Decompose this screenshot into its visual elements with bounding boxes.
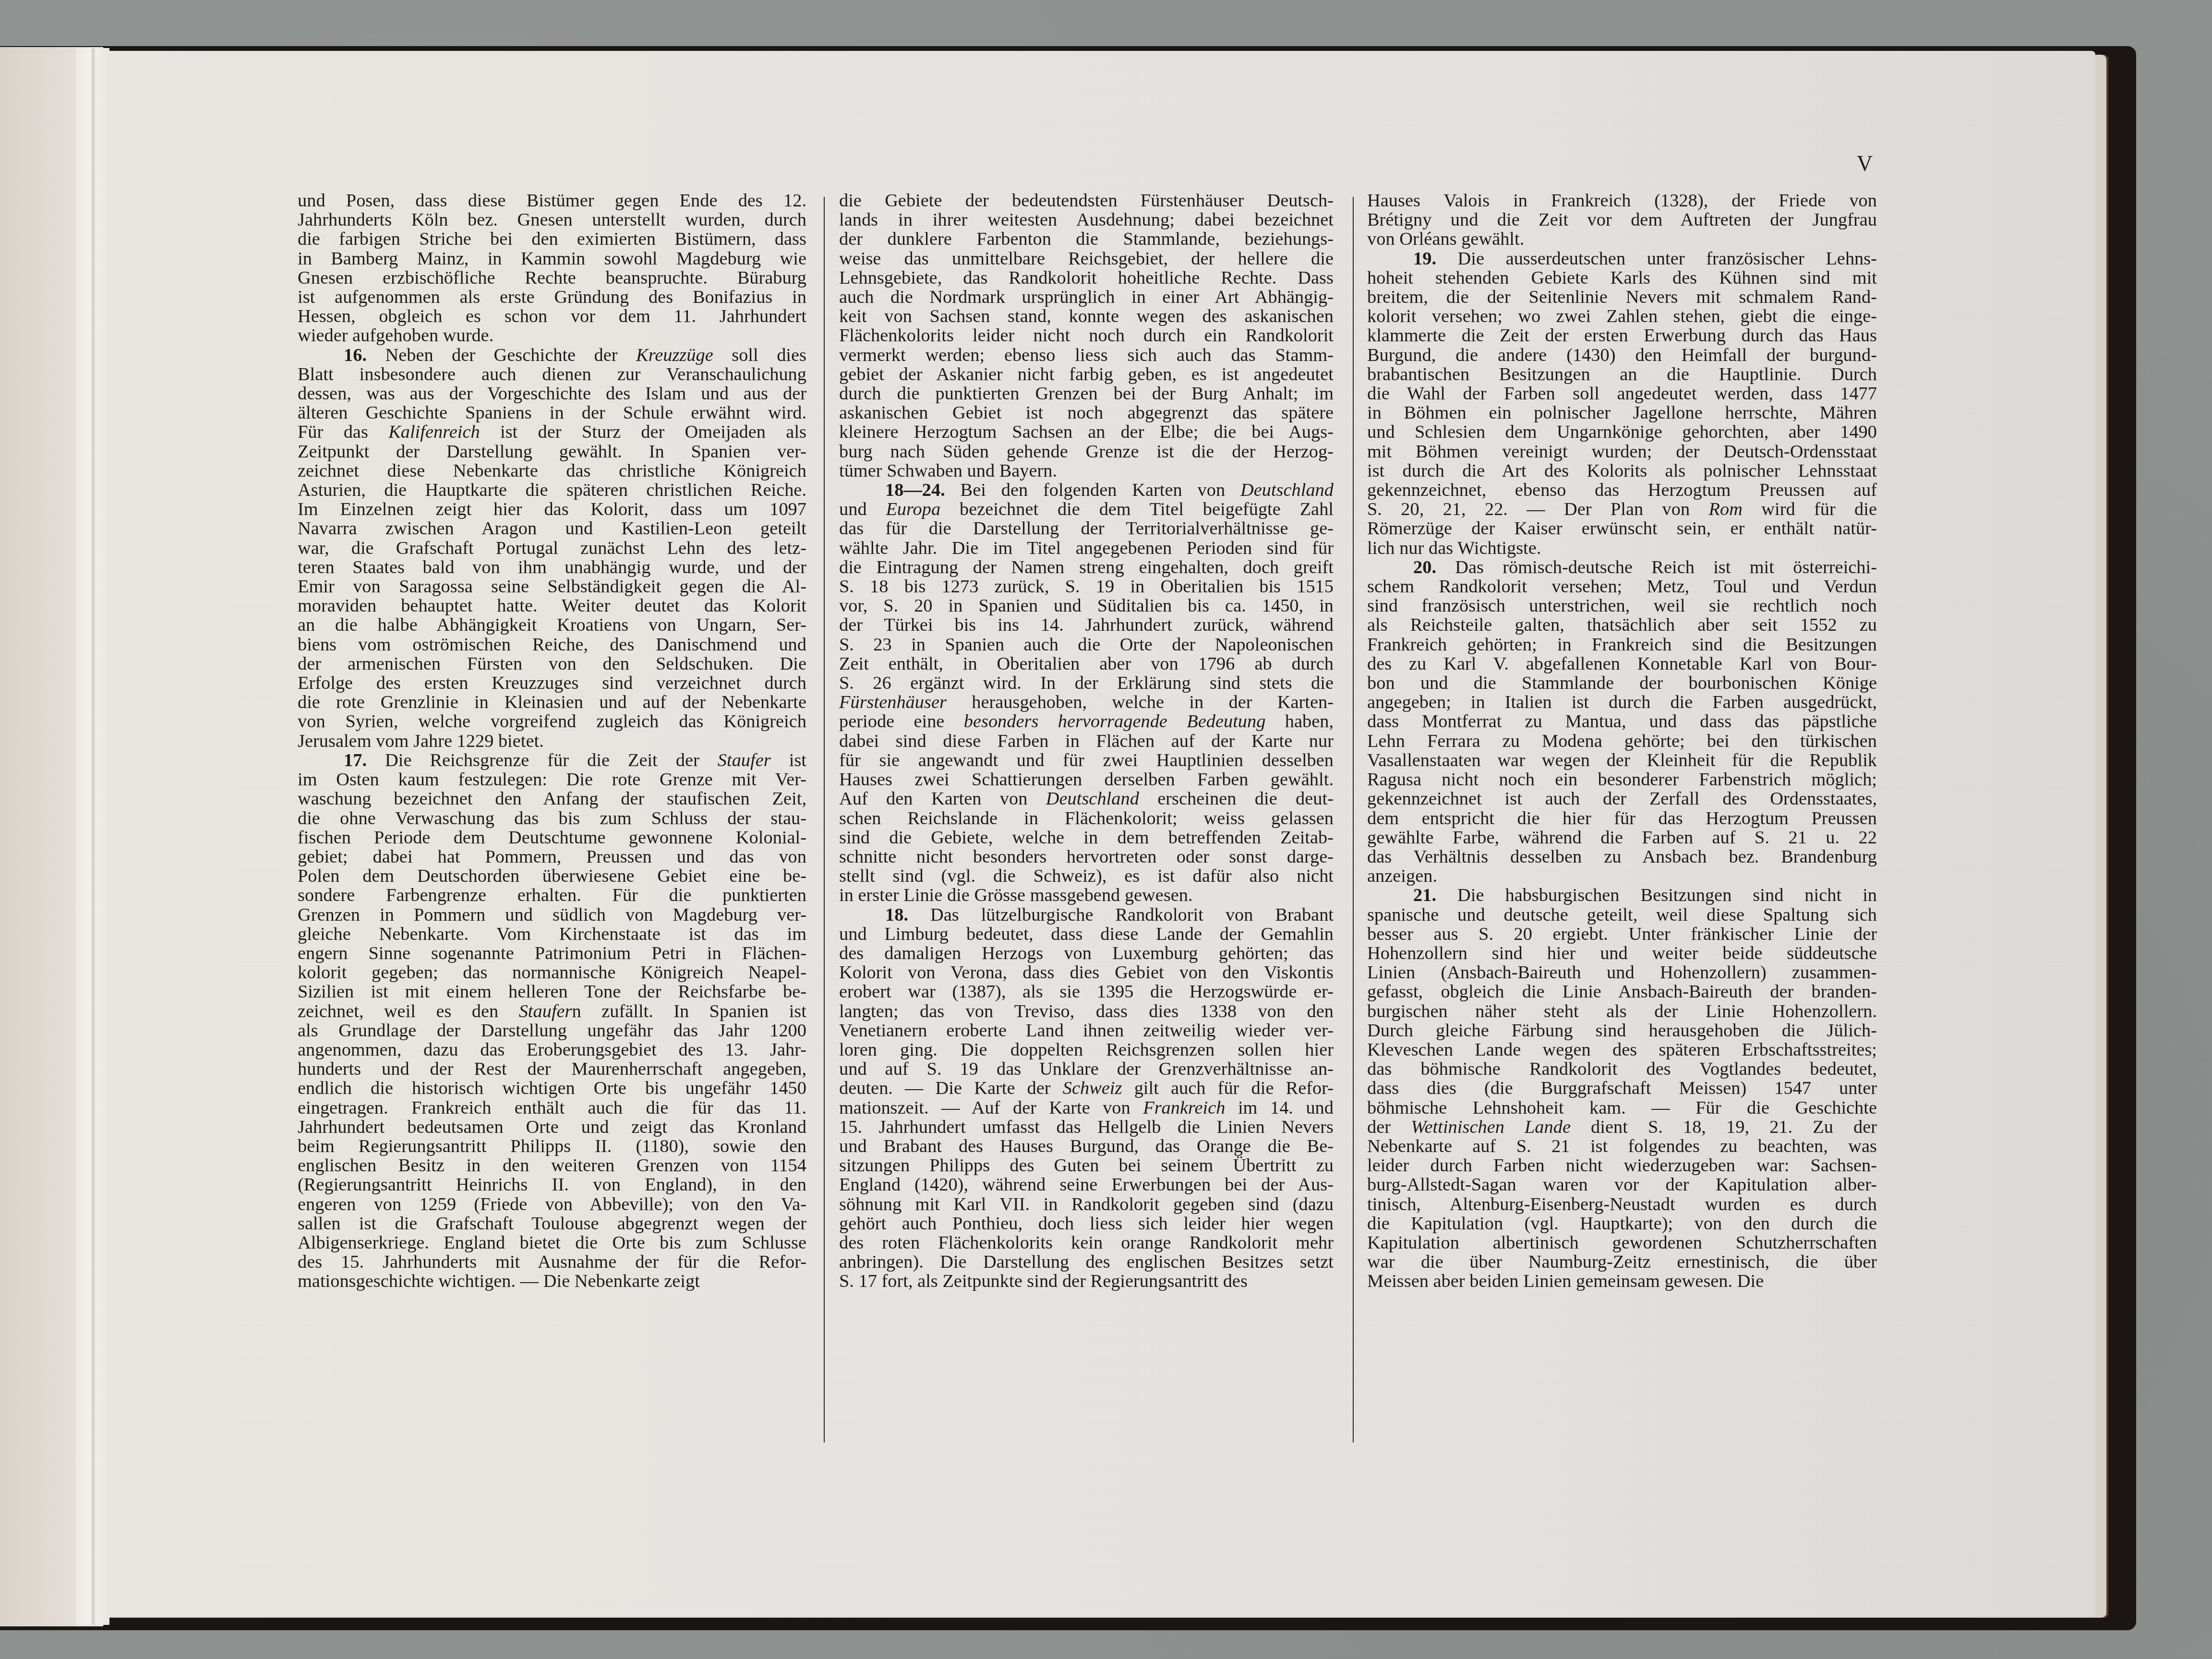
text-line: 16. Neben der Geschichte der Kreuzzüge s… (298, 346, 806, 365)
text-line: und Brabant des Hauses Burgund, das Oran… (839, 1137, 1334, 1156)
text-line: biens vom oströmischen Reiche, des Danis… (298, 635, 806, 654)
text-line: schnitte nicht besonders hervortreten od… (839, 847, 1334, 866)
text-column-right: Hauses Valois in Frankreich (1328), der … (1367, 191, 1877, 1291)
text-line: gefasst, obgleich die Linie Ansbach-Bair… (1367, 982, 1877, 1001)
text-line: dessen, was aus der Vorgeschichte des Is… (298, 384, 806, 403)
text-line: langten; das von Treviso, dass dies 1338… (839, 1002, 1334, 1021)
text-line: sitzungen Philipps des Guten bei seinem … (839, 1156, 1334, 1175)
text-line: stellt sind (vgl. die Schweiz), es ist d… (839, 866, 1334, 886)
column-rule-1 (824, 197, 825, 1443)
text-line: Grenzen in Pommern und südlich von Magde… (298, 905, 806, 925)
text-line: gebiet; dabei hat Pommern, Preussen und … (298, 847, 806, 866)
text-line: das Verhältnis desselben zu Ansbach bez.… (1367, 847, 1877, 866)
text-line: endlich die historisch wichtigen Orte bi… (298, 1079, 806, 1098)
text-line: in Böhmen ein polnischer Jagellone herrs… (1367, 403, 1877, 422)
text-line: Hauses zwei Schattierungen derselben Far… (839, 770, 1334, 789)
text-line: war, die Grafschaft Portugal zunächst Le… (298, 539, 806, 558)
text-line: lich nur das Wichtigste. (1367, 539, 1877, 558)
text-line: dass Montferrat zu Mantua, und dass das … (1367, 712, 1877, 731)
text-line: 18—24. Bei den folgenden Karten von Deut… (839, 481, 1334, 500)
text-line: Lehn Ferrara zu Modena gehörte; bei den … (1367, 732, 1877, 751)
text-line: die Gebiete der bedeutendsten Fürstenhäu… (839, 191, 1334, 210)
text-line: besser aus S. 20 ergiebt. Unter fränkisc… (1367, 925, 1877, 944)
text-line: spanische und deutsche geteilt, weil die… (1367, 905, 1877, 925)
text-line: Polen dem Deutschorden überwiesene Gebie… (298, 866, 806, 886)
text-line: dass dies (die Burggrafschaft Meissen) 1… (1367, 1079, 1877, 1098)
text-line: deuten. — Die Karte der Schweiz gilt auc… (839, 1079, 1334, 1098)
text-line: in erster Linie die Grösse massgebend ge… (839, 886, 1334, 905)
text-line: mationszeit. — Auf der Karte von Frankre… (839, 1098, 1334, 1118)
text-line: weise das unmittelbare Reichsgebiet, der… (839, 249, 1334, 268)
text-line: Blatt insbesondere auch dienen zur Veran… (298, 365, 806, 384)
text-line: gebiet der Askanier nicht farbig geben, … (839, 365, 1334, 384)
text-line: Linien (Ansbach-Baireuth und Hohenzoller… (1367, 963, 1877, 982)
text-line: 15. Jahrhundert umfasst das Hellgelb die… (839, 1118, 1334, 1137)
text-line: und Europa bezeichnet die dem Titel beig… (839, 500, 1334, 519)
text-line: schem Randkolorit versehen; Metz, Toul u… (1367, 577, 1877, 596)
text-line: die farbigen Striche bei den eximierten … (298, 229, 806, 249)
text-line: Zeitpunkt der Darstellung gewählt. In Sp… (298, 442, 806, 461)
text-line: Im Einzelnen zeigt hier das Kolorit, das… (298, 500, 806, 519)
text-line: zeichnet diese Nebenkarte das christlich… (298, 461, 806, 481)
text-line: angenommen, dazu das Eroberungsgebiet de… (298, 1040, 806, 1059)
text-line: waschung bezeichnet den Anfang der stauf… (298, 789, 806, 808)
italic-term: besonders hervorragende Bedeutung (964, 711, 1266, 732)
paragraph-continued: Hauses Valois in Frankreich (1328), der … (1367, 191, 1877, 249)
text-line: wählte Jahr. Die im Titel angegebenen Pe… (839, 539, 1334, 558)
text-line: bon und die Stammlande der bourbonischen… (1367, 673, 1877, 693)
text-line: 17. Die Reichsgrenze für die Zeit der St… (298, 751, 806, 770)
text-line: Burgund, die andere (1430) den Heimfall … (1367, 346, 1877, 365)
text-line: Durch gleiche Färbung sind herausgehoben… (1367, 1021, 1877, 1040)
text-line: Hauses Valois in Frankreich (1328), der … (1367, 191, 1877, 210)
text-line: breitem, die der Seitenlinie Nevers mit … (1367, 288, 1877, 307)
text-line: hoheit stehenden Gebiete Karls des Kühne… (1367, 268, 1877, 288)
italic-term: Deutschland (1240, 480, 1334, 500)
page-number: V (1857, 151, 1873, 176)
text-line: loren ging. Die doppelten Reichsgrenzen … (839, 1040, 1334, 1059)
text-line: hunderts und der Rest der Maurenherrscha… (298, 1059, 806, 1079)
text-line: Asturien, die Hauptkarte die späteren ch… (298, 481, 806, 500)
text-line: in Bamberg Mainz, in Kammin sowohl Magde… (298, 249, 806, 268)
italic-term: Deutschland (1046, 789, 1139, 809)
text-line: und auf S. 19 das Unklare der Grenzverhä… (839, 1059, 1334, 1079)
text-line: gewählte Farbe, während die Farben auf S… (1367, 828, 1877, 847)
text-line: durch die punktierten Grenzen bei der Bu… (839, 384, 1334, 403)
text-line: als Grundlage der Darstellung ungefähr d… (298, 1021, 806, 1040)
text-line: 18. Das lützelburgische Randkolorit von … (839, 905, 1334, 925)
text-line: S. 18 bis 1273 zurück, S. 19 in Oberital… (839, 577, 1334, 596)
text-line: S. 20, 21, 22. — Der Plan von Rom wird f… (1367, 500, 1877, 519)
text-line: Kleveschen Lande wegen des späteren Erbs… (1367, 1040, 1877, 1059)
text-line: die Eintragung der Namen streng eingehal… (839, 558, 1334, 577)
text-column-middle: die Gebiete der bedeutendsten Fürstenhäu… (839, 191, 1334, 1291)
text-line: anzeigen. (1367, 866, 1877, 886)
text-line: Lehnsgebiete, das Randkolorit hoheitlich… (839, 268, 1334, 288)
text-line: die ohne Verwaschung das bis zum Schluss… (298, 809, 806, 828)
text-line: vor, S. 20 in Spanien und Süditalien bis… (839, 596, 1334, 615)
text-line: eingetragen. Frankreich enthält auch die… (298, 1098, 806, 1118)
text-line: des damaligen Herzogs von Luxemburg gehö… (839, 944, 1334, 963)
paragraph-number: 20. (1413, 557, 1436, 577)
text-line: 20. Das römisch-deutsche Reich ist mit ö… (1367, 558, 1877, 577)
text-line: Zeit enthält, in Oberitalien aber von 17… (839, 654, 1334, 673)
text-line: Fürstenhäuser herausgehoben, welche in d… (839, 693, 1334, 712)
text-line: der dunklere Farbenton die Stammlande, b… (839, 229, 1334, 249)
text-line: älteren Geschichte Spaniens in der Schul… (298, 403, 806, 422)
text-line: erobert war (1387), als sie 1395 die Her… (839, 982, 1334, 1001)
text-line: periode eine besonders hervorragende Bed… (839, 712, 1334, 731)
italic-term: Fürstenhäuser (839, 692, 947, 712)
paragraph-18-24: 18—24. Bei den folgenden Karten von Deut… (839, 481, 1334, 905)
text-line: burg-Allstedt-Sagan waren vor der Kapitu… (1367, 1175, 1877, 1194)
text-line: teren Staates bald von ihm unabhängig wu… (298, 558, 806, 577)
text-line: Römerzüge der Kaiser erwünscht sein, er … (1367, 519, 1877, 538)
paragraph-number: 21. (1413, 885, 1436, 905)
text-line: Vasallenstaaten war wegen der Kleinheit … (1367, 751, 1877, 770)
text-line: sind die Gebiete, welche in dem betreffe… (839, 828, 1334, 847)
text-line: auch die Nordmark ursprünglich in einer … (839, 288, 1334, 307)
text-line: dem entspricht die hier für das Herzogtu… (1367, 809, 1877, 828)
text-line: mit Böhmen vereinigt wurden; der Deutsch… (1367, 442, 1877, 461)
text-line: von Orléans gewählt. (1367, 229, 1877, 249)
paragraph-18: 18. Das lützelburgische Randkolorit von … (839, 905, 1334, 1291)
text-line: Venetianern eroberte Land ihnen zeitweil… (839, 1021, 1334, 1040)
text-line: kolorit gegeben; das normannische Königr… (298, 963, 806, 982)
paragraph-number: 16. (344, 345, 367, 365)
text-line: dabei sind diese Farben in Flächen auf d… (839, 732, 1334, 751)
text-line: ist durch die Art des Kolorits als polni… (1367, 461, 1877, 481)
text-line: anbringen). Die Darstellung des englisch… (839, 1252, 1334, 1272)
text-line: (Regierungsantritt Heinrichs II. von Eng… (298, 1175, 806, 1194)
text-line: angegeben; in Italien ist durch die Farb… (1367, 693, 1877, 712)
text-line: Jahrhunderts Köln bez. Gnesen unterstell… (298, 210, 806, 229)
text-line: Meissen aber beiden Linien gemeinsam gew… (1367, 1272, 1877, 1291)
text-line: war die über Naumburg-Zeitz ernestinisch… (1367, 1252, 1877, 1272)
text-line: Kolorit von Verona, dass dies Gebiet von… (839, 963, 1334, 982)
text-line: Für das Kalifenreich ist der Sturz der O… (298, 422, 806, 442)
text-column-left: und Posen, dass diese Bistümer gegen End… (298, 191, 806, 1291)
text-line: der Wettinischen Lande dient S. 18, 19, … (1367, 1118, 1877, 1137)
text-line: 19. Die ausserdeutschen unter französisc… (1367, 249, 1877, 268)
text-line: Jerusalem vom Jahre 1229 bietet. (298, 732, 806, 751)
text-line: burgischen näher steht als der Linie Hoh… (1367, 1002, 1877, 1021)
text-line: im Osten kaum festzulegen: Die rote Gren… (298, 770, 806, 789)
text-line: mationsgeschichte wichtigen. — Die Neben… (298, 1272, 806, 1291)
text-line: sallen ist die Grafschaft Toulouse abgeg… (298, 1214, 806, 1233)
italic-term: Kreuzzüge (636, 345, 713, 365)
text-line: Auf den Karten von Deutschland erscheine… (839, 789, 1334, 808)
text-line: lands in ihrer weitesten Ausdehnung; dab… (839, 210, 1334, 229)
text-line: S. 26 ergänzt wird. In der Erklärung sin… (839, 673, 1334, 693)
text-line: vermerkt werden; ebenso liess sich auch … (839, 346, 1334, 365)
text-line: des 15. Jahrhunderts mit Ausnahme der fü… (298, 1252, 806, 1272)
italic-term: Rom (1709, 499, 1743, 519)
text-line: von Syrien, welche vorgreifend zugleich … (298, 712, 806, 731)
text-line: Gnesen erzbischöfliche Rechte beanspruch… (298, 268, 806, 288)
italic-term: Schweiz (1063, 1078, 1122, 1098)
text-line: Navarra zwischen Aragon und Kastilien-Le… (298, 519, 806, 538)
column-rule-2 (1353, 197, 1354, 1443)
paragraph-number: 17. (344, 750, 367, 770)
paragraph-continued: die Gebiete der bedeutendsten Fürstenhäu… (839, 191, 1334, 481)
text-line: Hohenzollern sind hier und weiter beide … (1367, 944, 1877, 963)
text-line: das für die Darstellung der Territorialv… (839, 519, 1334, 538)
text-line: leider durch Farben nicht wiederzugeben … (1367, 1156, 1877, 1175)
text-line: gleiche Nebenkarte. Vom Kirchenstaate is… (298, 925, 806, 944)
text-line: Nebenkarte auf S. 21 ist folgendes zu be… (1367, 1137, 1877, 1156)
text-line: askanischen Gebiet ist noch abgegrenzt d… (839, 403, 1334, 422)
text-line: die Wahl der Farben soll angedeutet werd… (1367, 384, 1877, 403)
text-line: tümer Schwaben und Bayern. (839, 461, 1334, 481)
book-gutter (76, 48, 109, 1625)
italic-term: Europa (886, 499, 940, 519)
text-line: keit von Sachsen stand, konnte wegen des… (839, 307, 1334, 326)
text-line: zeichnet, weil es den Staufern zufällt. … (298, 1002, 806, 1021)
text-line: für sie angewandt und für zwei Hauptlini… (839, 751, 1334, 770)
text-line: gekennzeichnet ist auch der Zerfall des … (1367, 789, 1877, 808)
italic-term: Wettinischen Lande (1411, 1117, 1571, 1137)
text-line: engern Sinne sogenannte Patrimonium Petr… (298, 944, 806, 963)
text-line: Albigenserkriege. England bietet die Ort… (298, 1233, 806, 1252)
text-line: 21. Die habsburgischen Besitzungen sind … (1367, 886, 1877, 905)
text-line: und Posen, dass diese Bistümer gegen End… (298, 191, 806, 210)
text-line: söhnung mit Karl VII. in Randkolorit geg… (839, 1195, 1334, 1214)
paragraph-number: 19. (1413, 249, 1436, 269)
text-line: burg nach Süden gehende Grenze ist die d… (839, 442, 1334, 461)
text-line: England (1420), während seine Erwerbunge… (839, 1175, 1334, 1194)
italic-term: Staufer (519, 1001, 572, 1022)
text-line: Hessen, obgleich es schon vor dem 11. Ja… (298, 307, 806, 326)
text-line: klammerte die Zeit der ersten Erwerbung … (1367, 326, 1877, 345)
italic-term: Kalifenreich (388, 422, 480, 442)
paragraph-continued: und Posen, dass diese Bistümer gegen End… (298, 191, 806, 346)
paragraph-19: 19. Die ausserdeutschen unter französisc… (1367, 249, 1877, 558)
text-line: schen Reichslande in Flächenkolorit; wei… (839, 809, 1334, 828)
text-line: ist aufgenommen als erste Gründung des B… (298, 288, 806, 307)
paragraph-17: 17. Die Reichsgrenze für die Zeit der St… (298, 751, 806, 1291)
text-line: sondere Farbengrenze erhalten. Für die p… (298, 886, 806, 905)
text-line: brabantischen Besitzungen an die Hauptli… (1367, 365, 1877, 384)
paragraph-number: 18—24. (885, 480, 945, 500)
text-line: beim Regierungsantritt Philipps II. (118… (298, 1137, 806, 1156)
text-line: des roten Flächenkolorits kein orange Ra… (839, 1233, 1334, 1252)
text-line: sind französisch unterstrichen, weil sie… (1367, 596, 1877, 615)
text-line: Flächenkolorits leider nicht noch durch … (839, 326, 1334, 345)
text-line: fischen Periode dem Deutschtume gewonnen… (298, 828, 806, 847)
text-line: der Türkei bis ins 14. Jahrhundert zurüc… (839, 615, 1334, 635)
text-line: an die halbe Abhängigkeit Kroatiens von … (298, 615, 806, 635)
text-line: Frankreich gehörten; in Frankreich sind … (1367, 635, 1877, 654)
text-line: und Schlesien dem Ungarnkönige gehorchte… (1367, 422, 1877, 442)
text-line: englischen Besitz in den weiteren Grenze… (298, 1156, 806, 1175)
text-line: und Limburg bedeutet, dass diese Lande d… (839, 925, 1334, 944)
italic-term: Staufer (718, 750, 771, 770)
text-line: gehört auch Ponthieu, doch liess sich le… (839, 1214, 1334, 1233)
paragraph-20: 20. Das römisch-deutsche Reich ist mit ö… (1367, 558, 1877, 886)
text-line: S. 17 fort, als Zeitpunkte sind der Regi… (839, 1272, 1334, 1291)
text-line: die rote Grenzlinie in Kleinasien und au… (298, 693, 806, 712)
text-line: das böhmische Randkolorit des Vogtlandes… (1367, 1059, 1877, 1079)
text-line: tinisch, Altenburg-Eisenberg-Neustadt wu… (1367, 1195, 1877, 1214)
paragraph-16: 16. Neben der Geschichte der Kreuzzüge s… (298, 346, 806, 751)
text-line: Emir von Saragossa seine Selbständigkeit… (298, 577, 806, 596)
text-line: Erfolge des ersten Kreuzzuges sind verze… (298, 673, 806, 693)
text-line: des zu Karl V. abgefallenen Konnetable K… (1367, 654, 1877, 673)
text-line: die Kapitulation (vgl. Hauptkarte); von … (1367, 1214, 1877, 1233)
text-line: wieder aufgehoben wurde. (298, 326, 806, 345)
text-line: gekennzeichnet, ebenso das Herzogtum Pre… (1367, 481, 1877, 500)
text-line: engeren von 1259 (Friede von Abbeville);… (298, 1195, 806, 1214)
text-line: als Reichsteile galten, thatsächlich abe… (1367, 615, 1877, 635)
text-line: Sizilien ist mit einem helleren Tone der… (298, 982, 806, 1001)
text-line: kolorit versehen; wo zwei Zahlen stehen,… (1367, 307, 1877, 326)
text-line: böhmische Lehnshoheit kam. — Für die Ges… (1367, 1098, 1877, 1118)
text-line: Ragusa nicht noch ein besonderer Farbens… (1367, 770, 1877, 789)
text-line: kleinere Herzogtum Sachsen an der Elbe; … (839, 422, 1334, 442)
text-line: Kapitulation albertinisch gewordenen Sch… (1367, 1233, 1877, 1252)
text-line: Jahrhundert bedeutsamen Orte und zeigt d… (298, 1118, 806, 1137)
paragraph-number: 18. (885, 905, 908, 925)
text-line: S. 23 in Spanien auch die Orte der Napol… (839, 635, 1334, 654)
text-line: Brétigny und die Zeit vor dem Auftreten … (1367, 210, 1877, 229)
text-line: moraviden behauptet hatte. Weiter deutet… (298, 596, 806, 615)
paragraph-21: 21. Die habsburgischen Besitzungen sind … (1367, 886, 1877, 1291)
italic-term: Frankreich (1143, 1098, 1225, 1118)
text-line: der armenischen Fürsten von den Seldschu… (298, 654, 806, 673)
